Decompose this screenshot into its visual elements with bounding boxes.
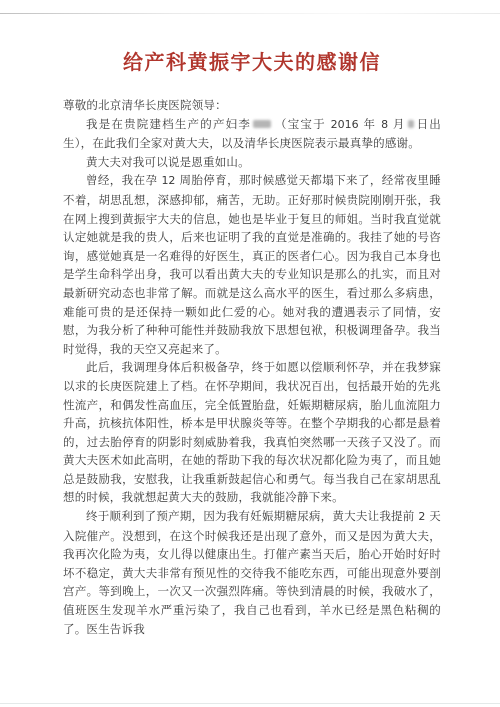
letter-title: 给产科黄振宇大夫的感谢信 — [63, 46, 441, 75]
paragraph-intro: 我是在贵院建档生产的产妇李（宝宝于 2016 年 8 月日出生），在此我们全家对… — [63, 115, 441, 153]
letter-body: 尊敬的北京清华长庚医院领导： 我是在贵院建档生产的产妇李（宝宝于 2016 年 … — [63, 96, 441, 638]
redacted-birth-day — [408, 120, 414, 128]
redacted-patient-name — [253, 120, 271, 128]
intro-text-pre: 我是在贵院建档生产的产妇李 — [86, 117, 251, 131]
paragraph-pregnancy: 此后，我调理身体后积极备孕，终于如愿以偿顺利怀孕，并在我梦寐以求的长庚医院建上了… — [63, 358, 441, 507]
salutation: 尊敬的北京清华长庚医院领导： — [63, 96, 441, 115]
scanned-letter-page: 给产科黄振宇大夫的感谢信 尊敬的北京清华长庚医院领导： 我是在贵院建档生产的产妇… — [0, 0, 500, 707]
scan-edge-artifact-top — [0, 13, 500, 14]
intro-text-mid: （宝宝于 2016 年 8 月 — [274, 117, 406, 131]
letter-content: 给产科黄振宇大夫的感谢信 尊敬的北京清华长庚医院领导： 我是在贵院建档生产的产妇… — [63, 46, 441, 638]
paragraph-gratitude: 黄大夫对我可以说是恩重如山。 — [63, 153, 441, 172]
scan-edge-artifact-bottom — [0, 703, 500, 704]
paragraph-first-visit: 曾经，我在孕 12 周胎停育，那时候感觉天都塌下来了，经常夜里睡不着，胡思乱想，… — [63, 171, 441, 358]
paragraph-delivery: 终于顺利到了预产期，因为我有妊娠期糖尿病，黄大夫让我提前 2 天入院催产。没想到… — [63, 507, 441, 638]
